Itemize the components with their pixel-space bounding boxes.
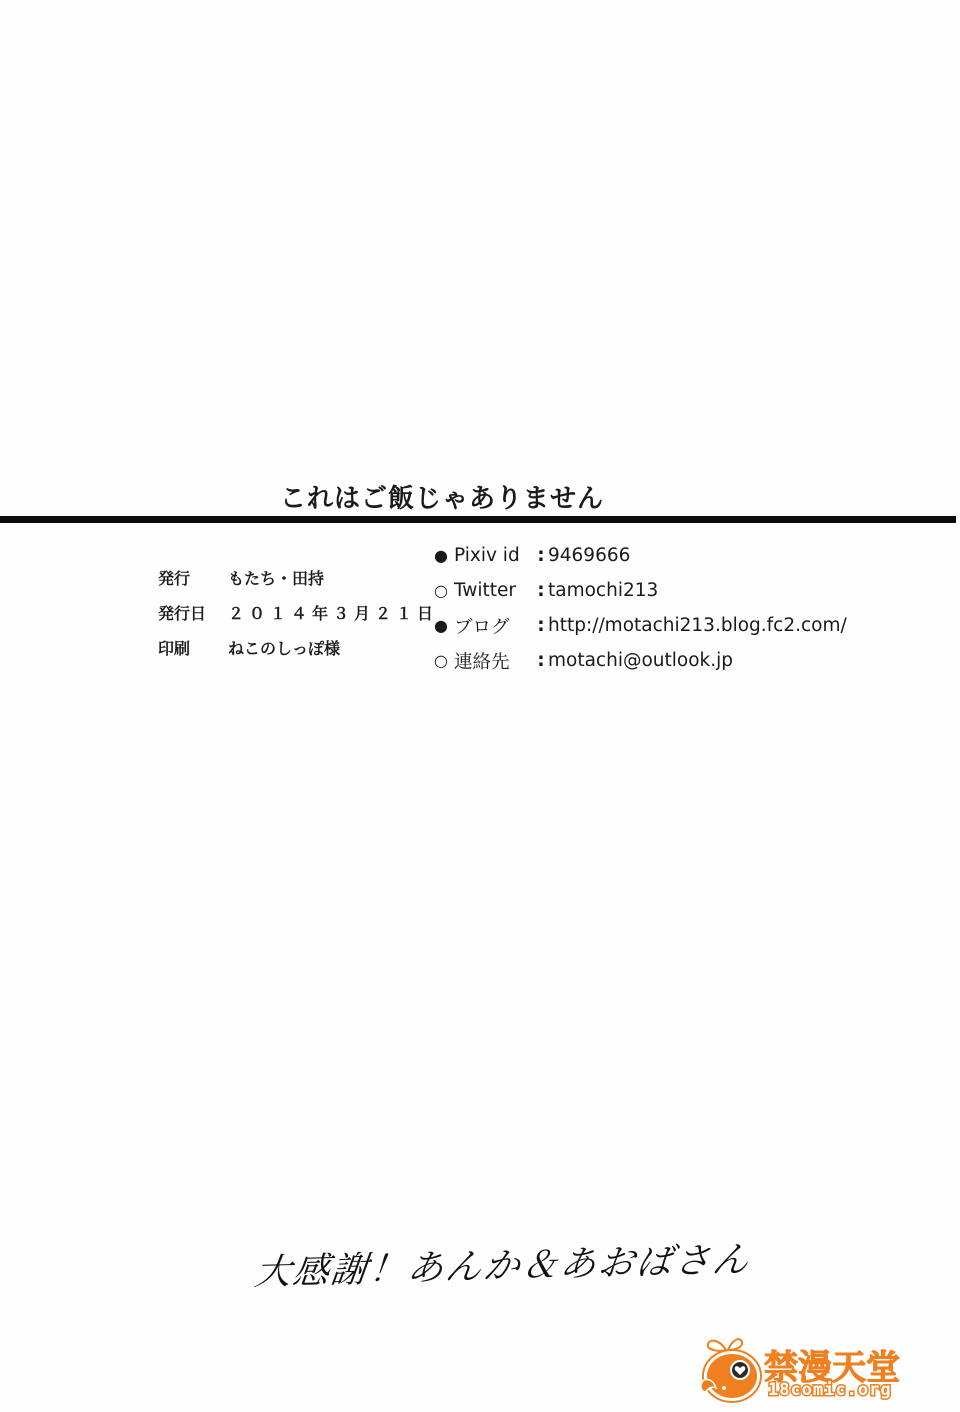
watermark-brand-url: 18comic.org [768, 1380, 892, 1400]
contact-key: ブログ [454, 613, 534, 639]
email-text: motachi@outlook.jp [548, 650, 733, 671]
colophon-value: もたち・田持 [228, 566, 324, 589]
watermark-logo: 禁漫天堂 18comic.org [696, 1334, 926, 1406]
title-rule-divider [0, 516, 956, 523]
colon-separator: : [534, 615, 548, 636]
open-circle-icon: ○ [434, 651, 454, 670]
contact-key: Pixiv id [454, 545, 534, 566]
colophon-row-publish-date: 発行日 ２０１４年３月２１日 [158, 595, 438, 630]
contact-details: ● Pixiv id : 9469666 ○ Twitter : tamochi… [434, 538, 847, 678]
handwritten-thanks-note: 大感謝！あんか＆あおばさん [252, 1232, 753, 1296]
colophon-value: ２０１４年３月２１日 [228, 601, 438, 624]
colophon-details: 発行 もたち・田持 発行日 ２０１４年３月２１日 印刷 ねこのしっぽ様 [158, 560, 438, 665]
open-circle-icon: ○ [434, 581, 454, 600]
contact-row-pixiv: ● Pixiv id : 9469666 [434, 538, 847, 573]
colophon-row-publisher: 発行 もたち・田持 [158, 560, 438, 595]
contact-value: 9469666 [548, 545, 630, 566]
colophon-label: 印刷 [158, 636, 228, 659]
page-title: これはご飯じゃありません [280, 478, 604, 515]
contact-key: Twitter [454, 580, 534, 601]
contact-row-blog: ● ブログ : http://motachi213.blog.fc2.com/ [434, 608, 847, 643]
contact-value: tamochi213 [548, 580, 658, 601]
contact-row-twitter: ○ Twitter : tamochi213 [434, 573, 847, 608]
colophon-value: ねこのしっぽ様 [228, 636, 340, 659]
colophon-row-printer: 印刷 ねこのしっぽ様 [158, 630, 438, 665]
colophon-label: 発行日 [158, 601, 228, 624]
colon-separator: : [534, 650, 548, 671]
contact-key: 連絡先 [454, 648, 534, 674]
colon-separator: : [534, 545, 548, 566]
mascot-fish-icon [696, 1334, 764, 1406]
colophon-label: 発行 [158, 566, 228, 589]
contact-row-email: ○ 連絡先 : motachi@outlook.jp [434, 643, 847, 678]
filled-circle-icon: ● [434, 546, 454, 565]
filled-circle-icon: ● [434, 616, 454, 635]
colon-separator: : [534, 580, 548, 601]
blog-url-text: http://motachi213.blog.fc2.com/ [548, 615, 847, 636]
